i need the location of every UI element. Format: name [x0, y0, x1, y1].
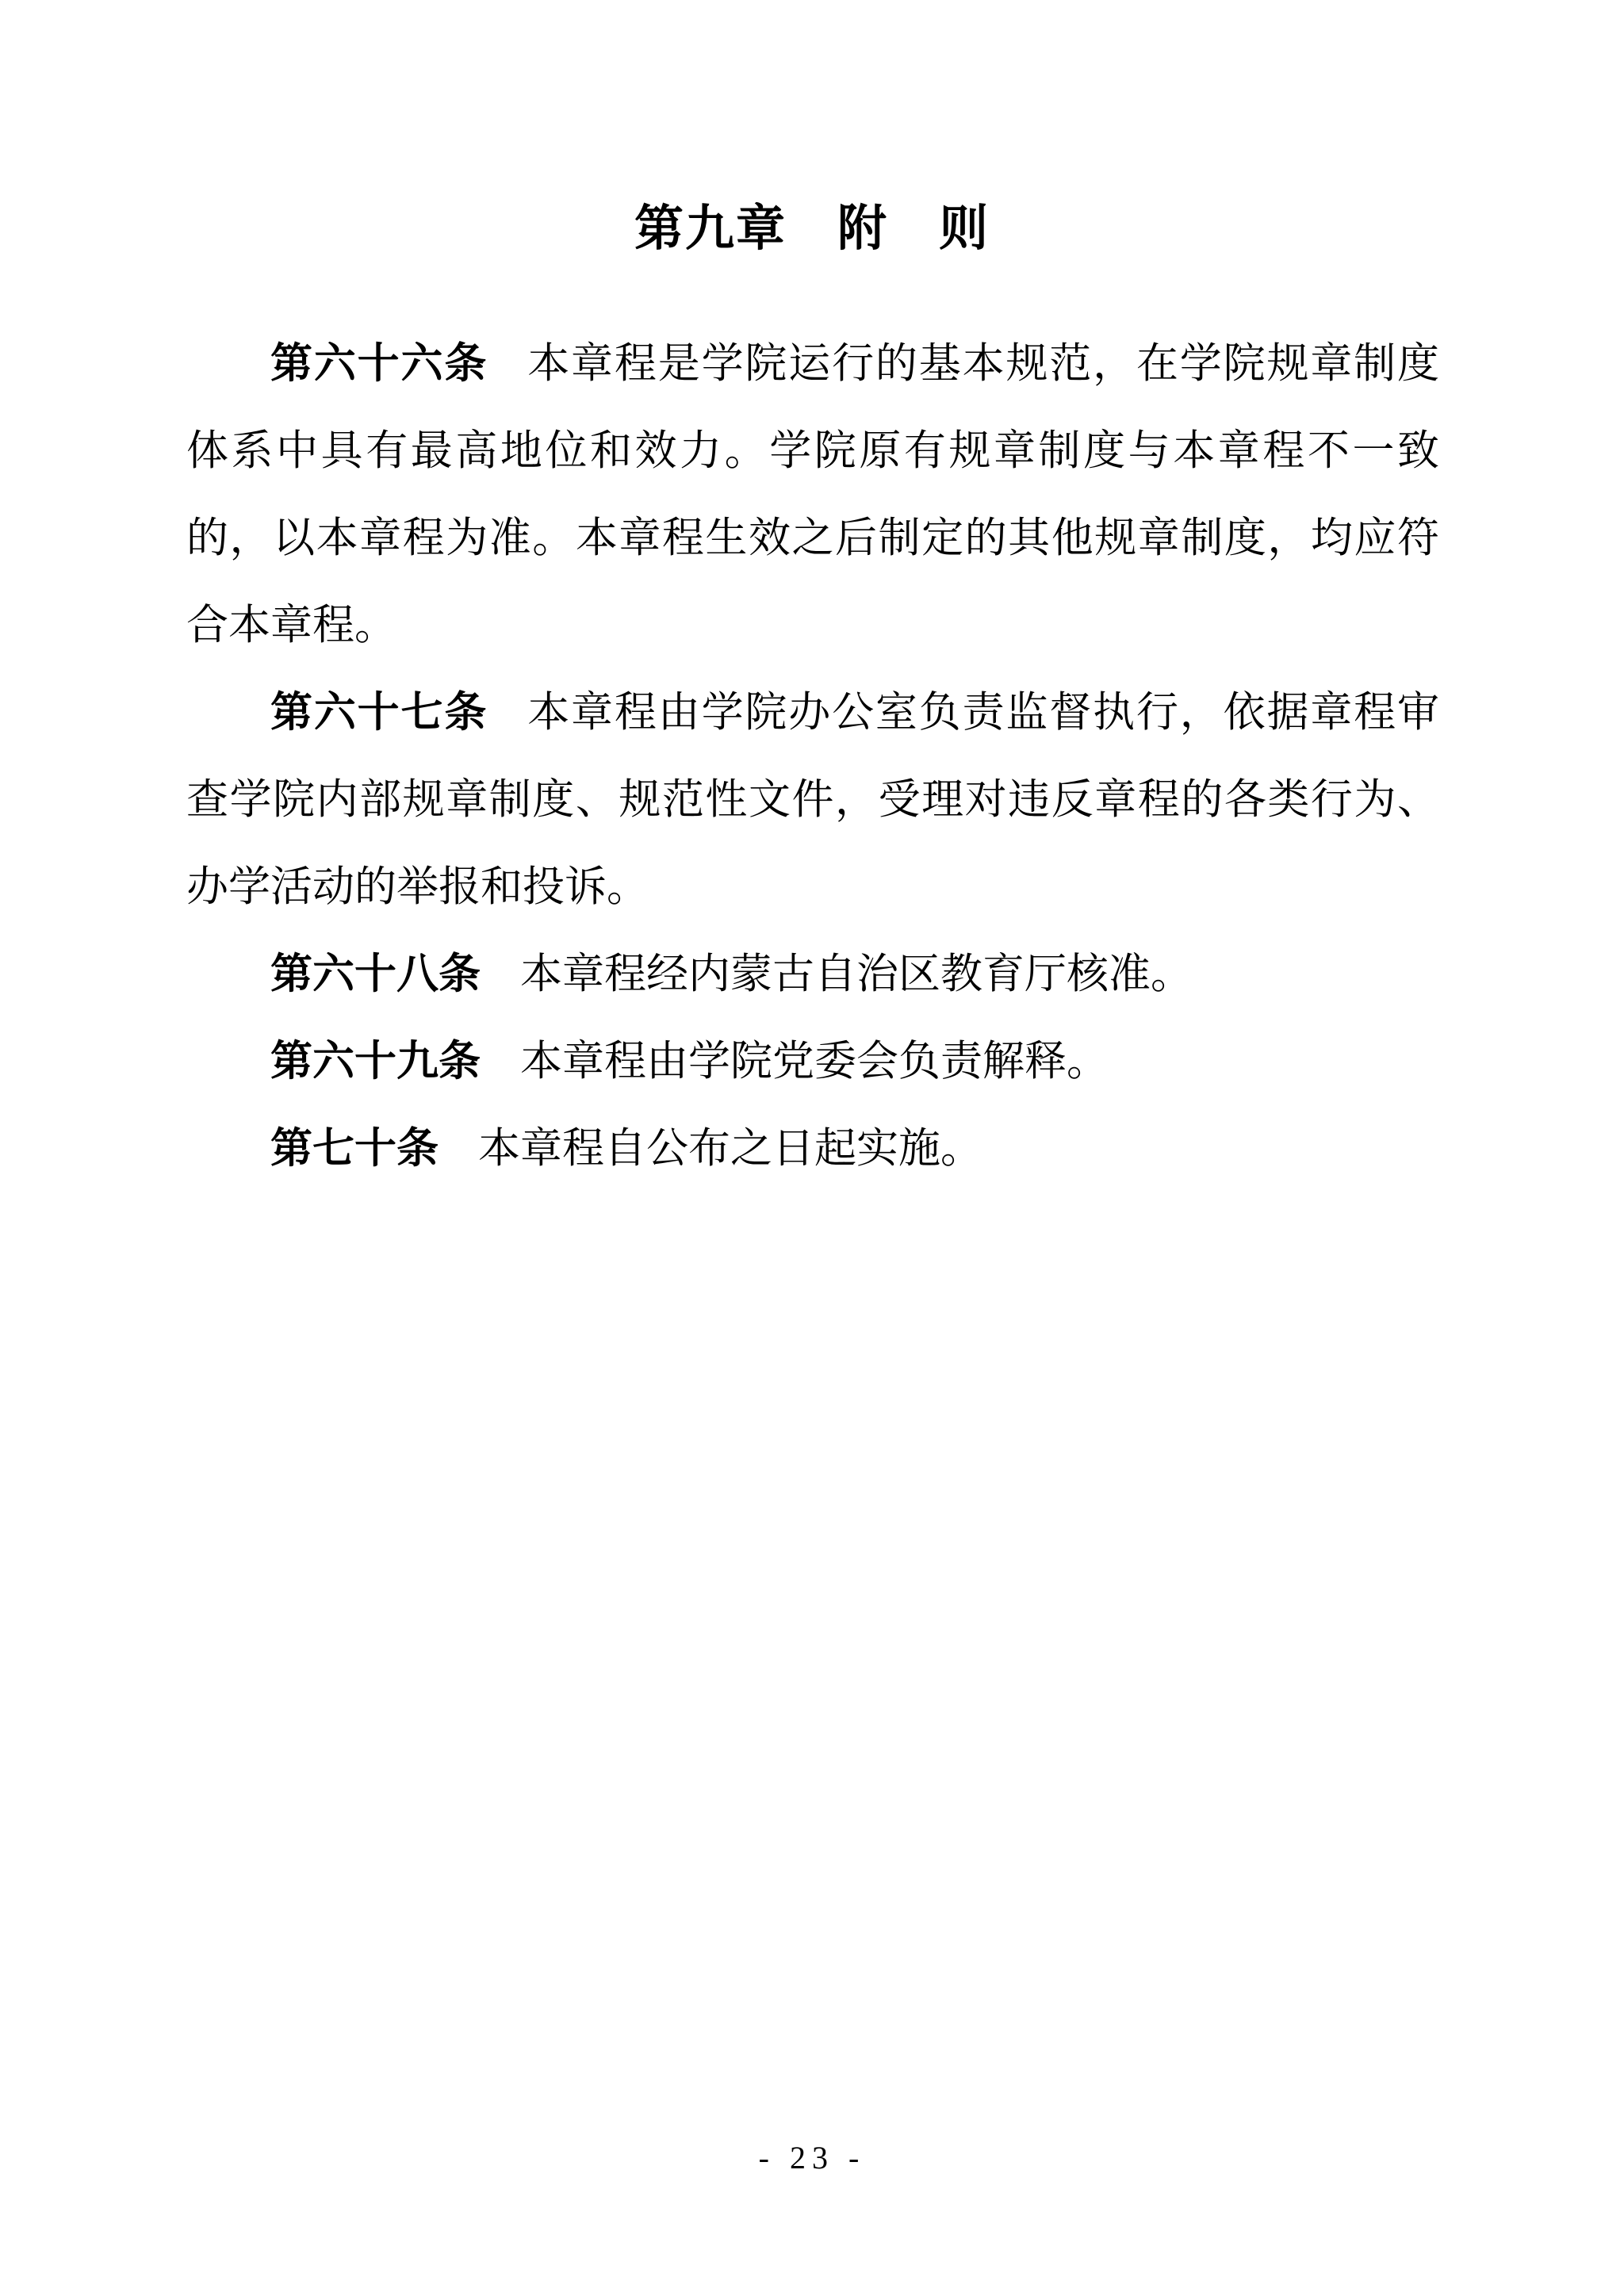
document-body: 第六十六条本章程是学院运行的基本规范，在学院规章制度体系中具有最高地位和效力。学…: [186, 320, 1439, 1192]
article-number: 第六十八条: [270, 951, 481, 997]
article-paragraph-69: 第六十九条本章程由学院党委会负责解释。: [186, 1018, 1439, 1105]
article-paragraph-70: 第七十条本章程自公布之日起实施。: [186, 1105, 1439, 1192]
article-paragraph-68: 第六十八条本章程经内蒙古自治区教育厅核准。: [186, 931, 1439, 1018]
article-number: 第六十九条: [270, 1038, 481, 1085]
article-text: 本章程自公布之日起实施。: [478, 1124, 982, 1173]
article-text: 本章程由学院党委会负责解释。: [520, 1037, 1109, 1085]
article-number: 第六十七条: [270, 689, 488, 736]
chapter-title: 第九章 附 则: [0, 202, 1624, 256]
document-page: 第九章 附 则 第六十六条本章程是学院运行的基本规范，在学院规章制度体系中具有最…: [0, 0, 1624, 2296]
article-paragraph-66: 第六十六条本章程是学院运行的基本规范，在学院规章制度体系中具有最高地位和效力。学…: [186, 320, 1439, 669]
article-number: 第六十六条: [270, 340, 488, 387]
article-text: 本章程经内蒙古自治区教育厅核准。: [520, 950, 1193, 998]
page-number: - 23 -: [0, 2139, 1624, 2177]
article-number: 第七十条: [270, 1125, 439, 1172]
article-paragraph-67: 第六十七条本章程由学院办公室负责监督执行，依据章程审查学院内部规章制度、规范性文…: [186, 669, 1439, 931]
